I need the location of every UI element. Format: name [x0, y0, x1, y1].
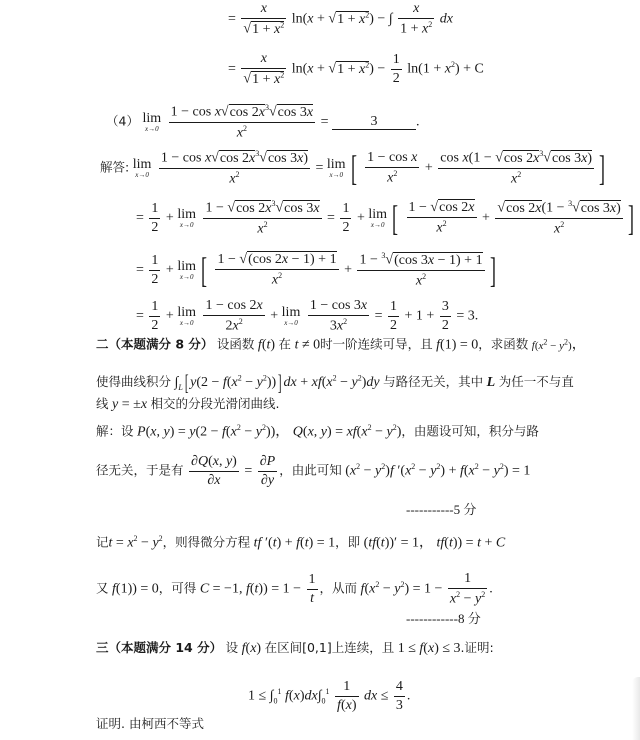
solution-step-4: = 12 + limx→0 1 − cos 2x2x2 + limx→0 1 −… — [136, 299, 478, 334]
text: 解：设 — [96, 424, 134, 439]
text: 又 — [96, 581, 109, 596]
text: ，即 — [335, 535, 360, 550]
solution-label: 解答: — [100, 159, 129, 174]
text: 记 — [96, 535, 109, 550]
question-2-statement-1: 二（本题满分 8 分） 设函数 f(t) 在 t ≠ 0时一阶连续可导，且 f(… — [96, 338, 586, 353]
question-2-solution-3: 记t = x2 − y2，则得微分方程 tf ′(t) + f(t) = 1，即… — [96, 535, 505, 551]
question-2-solution-1: 解：设 P(x, y) = y(2 − f(x2 − y2))， Q(x, y)… — [96, 424, 539, 440]
text: 设 — [226, 640, 239, 655]
text: 径无关，于是有 — [96, 463, 184, 478]
solution-step-1: 解答: limx→0 1 − cos x√cos 2x3√cos 3x)x2 =… — [100, 150, 608, 186]
question-number: （4） — [106, 113, 139, 128]
text: 与路径无关，其中 — [383, 374, 483, 389]
text: 时一阶连续可导，且 — [320, 337, 433, 352]
text: 设函数 — [217, 337, 255, 352]
text: ，可得 — [159, 581, 197, 596]
text: .证明: — [461, 640, 494, 655]
text: 在区间[0,1]上连续，且 — [265, 640, 395, 655]
question-4: （4） limx→0 1 − cos x√cos 2x3√cos 3xx2 = … — [106, 104, 419, 140]
answer-blank: 3 — [332, 115, 416, 130]
question-2-solution-4: 又 f(1)) = 0，可得 C = −1, f(t)) = 1 − 1t，从而… — [96, 572, 493, 607]
question-2-solution-2: 径无关，于是有 ∂Q(x, y)∂x = ∂P∂y，由此可知 (x2 − y2)… — [96, 455, 530, 488]
text: ，由此可知 — [279, 463, 342, 478]
score-mark-8: ------------8 分 — [406, 612, 481, 625]
question-2-statement-3: 线 y = ±x 相交的分段光滑闭曲线. — [96, 398, 280, 412]
score-mark-5: -----------5 分 — [406, 503, 476, 516]
text: ，由题设可知，积分与路 — [401, 424, 539, 439]
formula-line-2: = x√1 + x2 ln(x + √1 + x2) − 12 ln(1 + x… — [228, 52, 484, 87]
question-2-statement-2: 使得曲线积分 ∫L[y(2 − f(x2 − y2))]dx + xf(x2 −… — [96, 372, 574, 394]
text: ，则得微分方程 — [163, 535, 251, 550]
formula-line-1: = x√1 + x2 ln(x + √1 + x2) − ∫ x1 + x2 d… — [228, 2, 453, 37]
question-3-statement: 三（本题满分 14 分） 设 f(x) 在区间[0,1]上连续，且 1 ≤ f(… — [96, 642, 494, 656]
solution-step-2: = 12 + limx→0 1 − √cos 2x3√cos 3xx2 = 12… — [136, 200, 637, 236]
text: 使得曲线积分 — [96, 374, 171, 389]
text: 在 — [279, 337, 292, 352]
text: ，从而 — [320, 581, 358, 596]
solution-step-3: = 12 + limx→0[ 1 − √(cos 2x − 1) + 1x2 +… — [136, 252, 499, 288]
text: 为任一不与直 — [499, 374, 574, 389]
question-2-heading: 二（本题满分 8 分） — [96, 337, 213, 352]
question-3-heading: 三（本题满分 14 分） — [96, 640, 222, 655]
question-3-inequality: 1 ≤ ∫01 f(x)dx∫01 1f(x) dx ≤ 43. — [248, 680, 410, 713]
text: 相交的分段光滑闭曲线. — [151, 396, 280, 411]
proof-start: 证明. 由柯西不等式 — [96, 718, 204, 731]
text: ，求函数 — [478, 337, 528, 352]
page-edge-shadow — [632, 677, 640, 740]
text: 线 — [96, 396, 109, 411]
